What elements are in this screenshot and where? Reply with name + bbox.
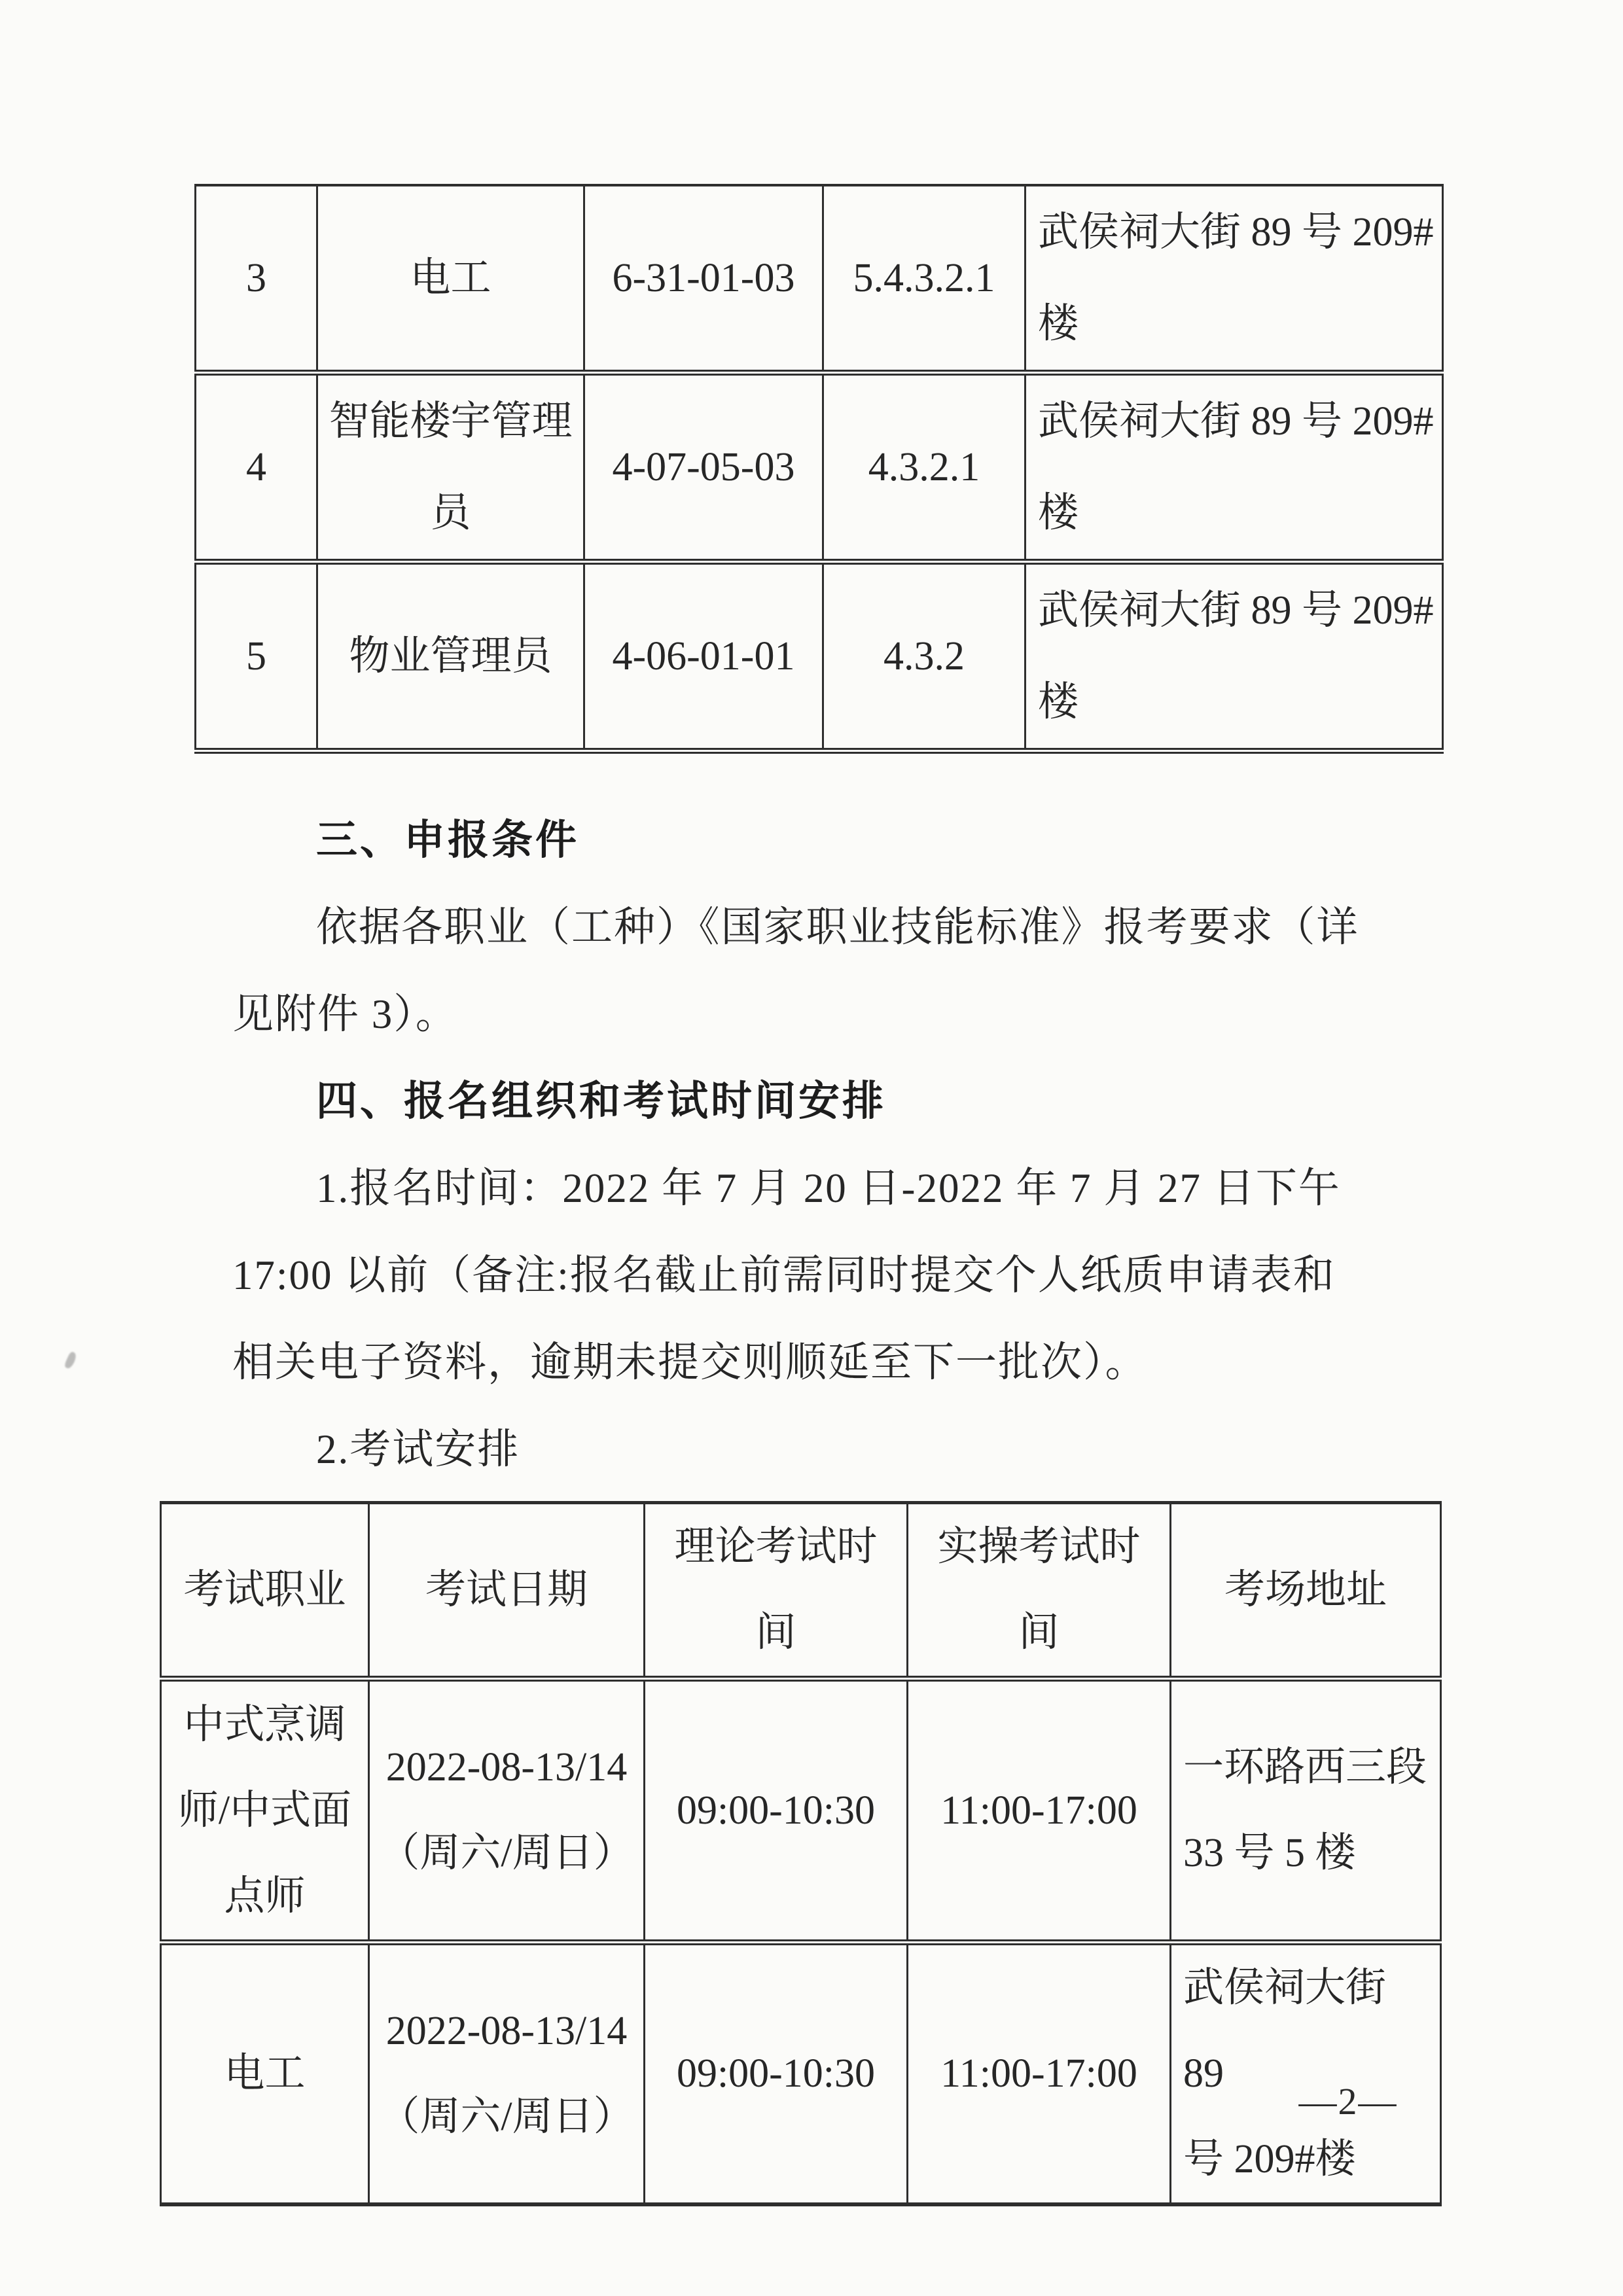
exam-schedule-table: 考试职业 考试日期 理论考试时间 实操考试时间 考场地址 中式烹调 师/中式面 … <box>160 1501 1442 2206</box>
cell-levels: 5.4.3.2.1 <box>823 185 1026 373</box>
cell-practical-time: 11:00-17:00 <box>908 1679 1171 1943</box>
table-row: 4 智能楼宇管理 员 4-07-05-03 4.3.2.1 武侯祠大街 89 号… <box>196 373 1443 562</box>
table-row: 3 电工 6-31-01-03 5.4.3.2.1 武侯祠大街 89 号 209… <box>196 185 1443 373</box>
table-row: 中式烹调 师/中式面 点师 2022-08-13/14 （周六/周日） 09:0… <box>161 1679 1441 1943</box>
body-text: 三、申报条件 依据各职业（工种）《国家职业技能标准》报考要求（详 见附件 3）。… <box>232 797 1430 1493</box>
cell-occupation: 物业管理员 <box>317 562 584 751</box>
cell-venue-address: 武侯祠大街 89 号 209#楼 <box>1171 1943 1441 2205</box>
cell-levels: 4.3.2.1 <box>823 373 1026 562</box>
cell-address: 武侯祠大街 89 号 209# 楼 <box>1026 562 1443 751</box>
cell-row-number: 4 <box>196 373 317 562</box>
cell-row-number: 3 <box>196 185 317 373</box>
section-3-paragraph: 依据各职业（工种）《国家职业技能标准》报考要求（详 见附件 3）。 <box>232 884 1430 1058</box>
document-page: 3 电工 6-31-01-03 5.4.3.2.1 武侯祠大街 89 号 209… <box>0 0 1623 2296</box>
table-header-row: 考试职业 考试日期 理论考试时间 实操考试时间 考场地址 <box>161 1503 1441 1679</box>
cell-theory-time: 09:00-10:30 <box>645 1679 908 1943</box>
page-number: —2— <box>1279 2079 1417 2123</box>
column-header-venue: 考场地址 <box>1171 1503 1441 1679</box>
cell-occupation-code: 4-07-05-03 <box>584 373 823 562</box>
cell-exam-date: 2022-08-13/14 （周六/周日） <box>369 1943 645 2205</box>
cell-occupation-code: 4-06-01-01 <box>584 562 823 751</box>
column-header-occupation: 考试职业 <box>161 1503 369 1679</box>
occupation-list-table: 3 电工 6-31-01-03 5.4.3.2.1 武侯祠大街 89 号 209… <box>194 184 1444 754</box>
cell-exam-occupation: 中式烹调 师/中式面 点师 <box>161 1679 369 1943</box>
cell-practical-time: 11:00-17:00 <box>908 1943 1171 2205</box>
table-row: 电工 2022-08-13/14 （周六/周日） 09:00-10:30 11:… <box>161 1943 1441 2205</box>
section-4-item-1: 1.报名时间：2022 年 7 月 20 日-2022 年 7 月 27 日下午… <box>232 1145 1430 1406</box>
cell-occupation: 智能楼宇管理 员 <box>317 373 584 562</box>
cell-occupation-code: 6-31-01-03 <box>584 185 823 373</box>
column-header-date: 考试日期 <box>369 1503 645 1679</box>
section-4-heading: 四、报名组织和考试时间安排 <box>232 1058 1430 1145</box>
cell-exam-date: 2022-08-13/14 （周六/周日） <box>369 1679 645 1943</box>
section-3-heading: 三、申报条件 <box>232 797 1430 884</box>
cell-levels: 4.3.2 <box>823 562 1026 751</box>
column-header-practical-time: 实操考试时间 <box>908 1503 1171 1679</box>
column-header-theory-time: 理论考试时间 <box>645 1503 908 1679</box>
cell-exam-occupation: 电工 <box>161 1943 369 2205</box>
section-4-item-2: 2.考试安排 <box>232 1406 1430 1493</box>
cell-theory-time: 09:00-10:30 <box>645 1943 908 2205</box>
cell-row-number: 5 <box>196 562 317 751</box>
cell-address: 武侯祠大街 89 号 209# 楼 <box>1026 185 1443 373</box>
cell-occupation: 电工 <box>317 185 584 373</box>
table-row: 5 物业管理员 4-06-01-01 4.3.2 武侯祠大街 89 号 209#… <box>196 562 1443 751</box>
scan-artifact <box>63 1351 78 1370</box>
cell-address: 武侯祠大街 89 号 209# 楼 <box>1026 373 1443 562</box>
cell-venue-address: 一环路西三段 33 号 5 楼 <box>1171 1679 1441 1943</box>
